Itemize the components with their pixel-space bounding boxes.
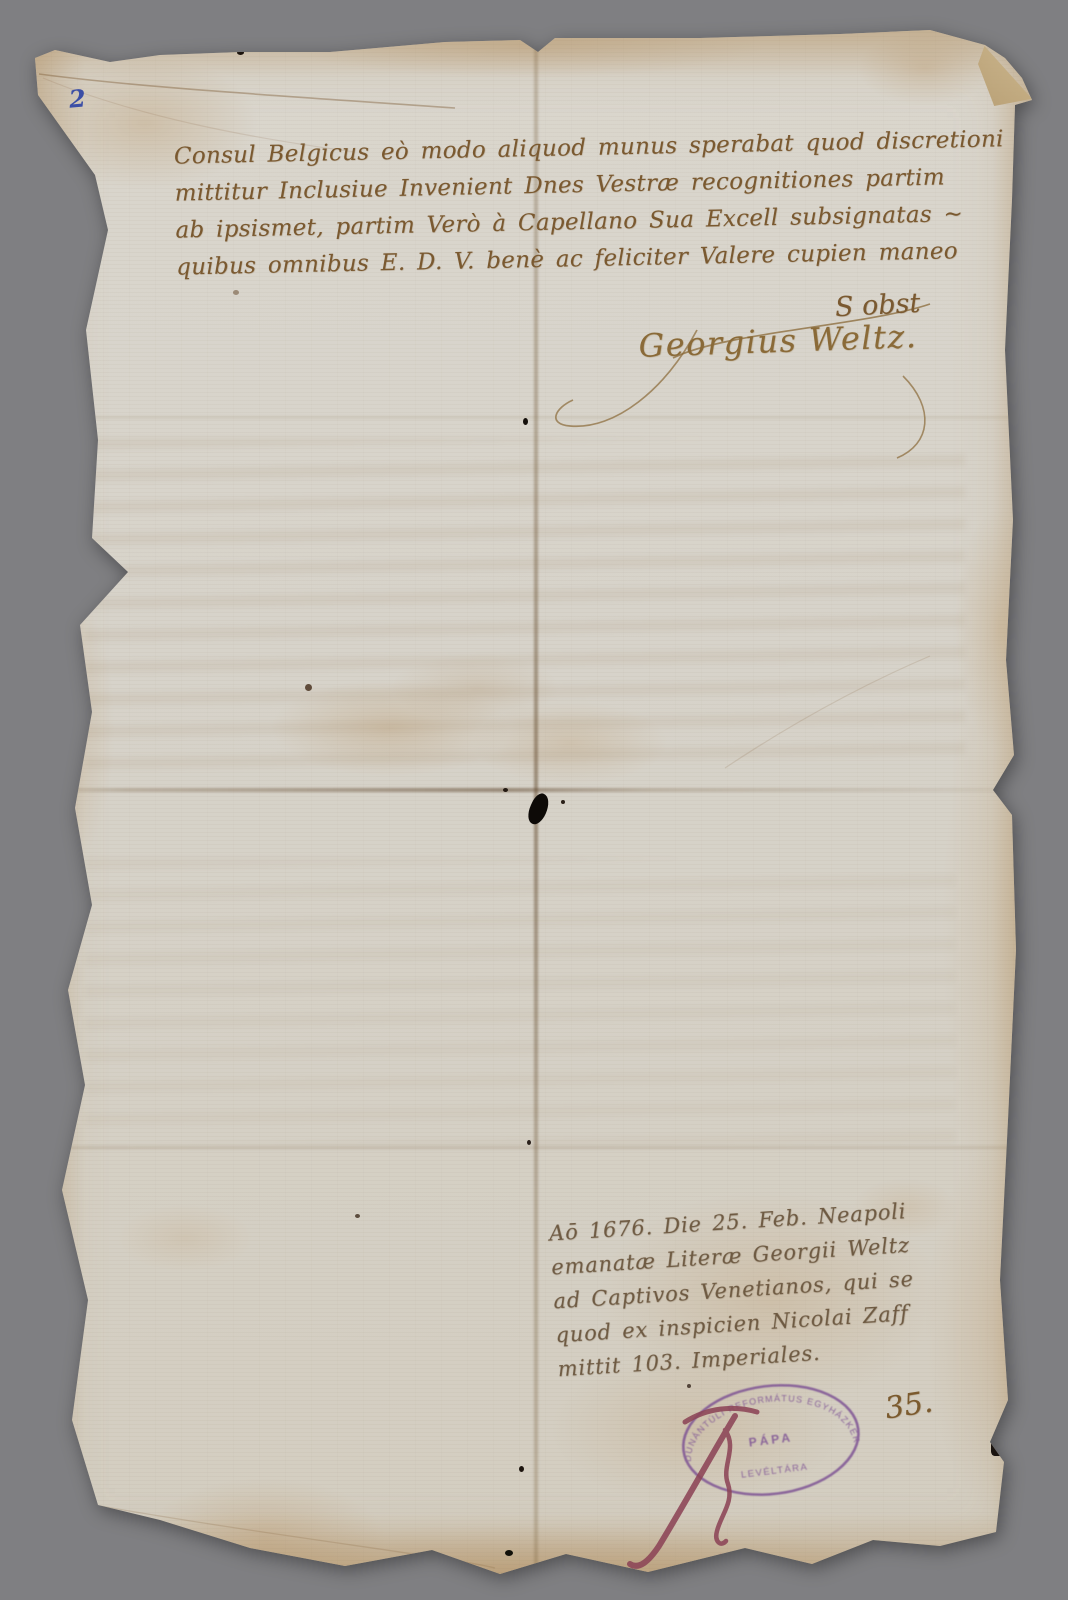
- top-right-dog-ear: [978, 46, 1032, 106]
- signature: Georgius Weltz.: [612, 316, 943, 365]
- ink-speck: [561, 800, 565, 804]
- brown-freckle: [1027, 458, 1033, 468]
- ink-showthrough-upper: [85, 438, 965, 768]
- ink-speck: [527, 1140, 531, 1145]
- ink-speck-bottom-edge: [505, 1550, 513, 1556]
- archive-number: 35.: [883, 1384, 936, 1426]
- brown-freckle: [305, 684, 312, 691]
- scanned-manuscript-page: { "backdrop": { "color": "#7f7f82" }, "p…: [0, 0, 1068, 1600]
- archival-note: Aō 1676. Die 25. Feb. Neapoli emanatæ Li…: [548, 1188, 1018, 1387]
- manuscript-body-text: Consul Belgicus eò modo aliquod munus sp…: [174, 121, 997, 286]
- archivist-paraph-mark: [617, 1378, 787, 1578]
- ink-speck: [237, 50, 244, 55]
- ink-showthrough-lower: [85, 858, 955, 1148]
- ink-speck: [523, 418, 528, 425]
- page-number: 2: [68, 83, 87, 113]
- upper-fold-line: [25, 416, 1037, 419]
- tear-shadow-right-edge: [991, 1440, 1003, 1456]
- ink-speck: [503, 788, 508, 792]
- ink-blot-center-fold: [524, 791, 553, 827]
- paper-surface: 2 Consul Belgicus eò modo aliquod munus …: [25, 28, 1037, 1578]
- ink-speck: [519, 1466, 524, 1472]
- document-paper-sheet: 2 Consul Belgicus eò modo aliquod munus …: [25, 28, 1037, 1578]
- brown-freckle: [233, 290, 239, 295]
- brown-freckle: [355, 1214, 360, 1218]
- horizontal-fold-line: [25, 788, 1037, 792]
- lower-fold-line: [25, 1146, 1037, 1149]
